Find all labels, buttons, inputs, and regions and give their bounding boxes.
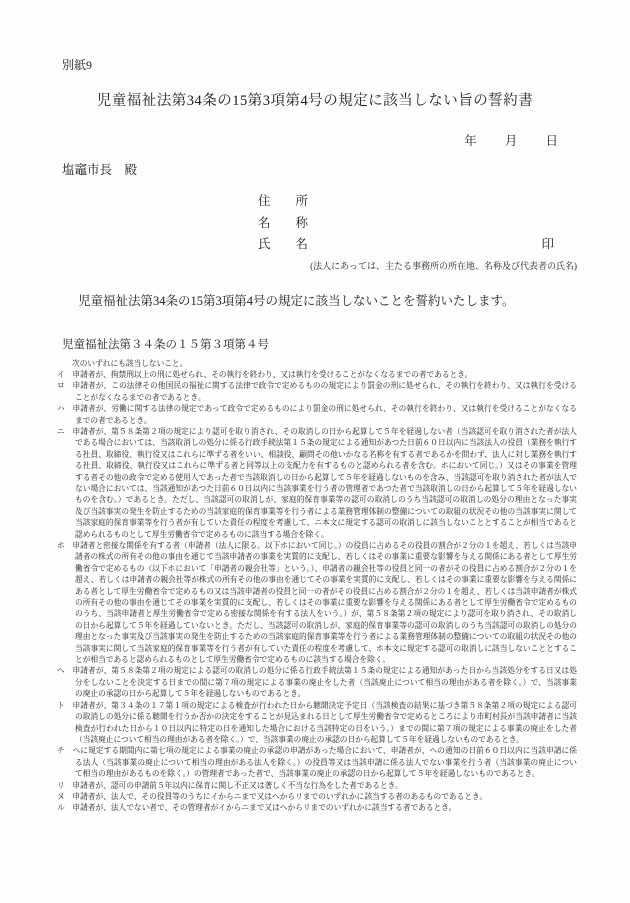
corporate-entry-note: (法人にあっては、主たる事務所の所在地、名称及び代表者の氏名)	[0, 261, 577, 272]
entity-name-field-row: 名 称	[258, 213, 554, 235]
page-title: 児童福祉法第34条の15第3項第4号の規定に該当しない旨の誓約書	[0, 92, 630, 110]
law-item-ru: ル 申請者が、法人でない者で、その管理者がイからニまで又はヘからリまでのいずれか…	[57, 802, 577, 813]
law-item-ha: ハ 申請者が、労働に関する法律の規定であって政令で定めるものにより罰金の刑に処せ…	[57, 403, 577, 426]
entity-name-field-label: 名 称	[258, 213, 308, 235]
law-item-i: イ 申請者が、拘禁刑以上の刑に処せられ、その執行を終わり、又は執行を受けることが…	[57, 369, 577, 380]
law-section-heading: 児童福祉法第３４条の１５第３項第４号	[62, 338, 630, 352]
attachment-label: 別紙9	[62, 58, 630, 72]
day-label: 日	[545, 134, 558, 149]
law-item-list: イ 申請者が、拘禁刑以上の刑に処せられ、その執行を終わり、又は執行を受けることが…	[57, 369, 577, 814]
law-item-he: ヘ 申請者が、第５８条第２項の規定による認可の取消しの処分に係る行政手続法第１５…	[57, 665, 577, 699]
applicant-fields: 住 所 名 称 氏 名 印	[258, 191, 554, 256]
law-item-ro: ロ 申請者が、この法律その他国民の福祉に関する法律で政令で定めるものの規定により…	[57, 380, 577, 403]
document-page: 別紙9 児童福祉法第34条の15第3項第4号の規定に該当しない旨の誓約書 年 月…	[0, 0, 630, 903]
law-item-nu: ヌ 申請者が、法人で、その役員等のうちにイからニまで又はヘからリまでのいずれかに…	[57, 791, 577, 802]
person-name-field-row: 氏 名 印	[258, 234, 554, 256]
seal-mark: 印	[541, 234, 554, 256]
address-field-row: 住 所	[258, 191, 554, 213]
law-item-ho: ホ 申請者と密接な関係を有する者（申請者（法人に限る。以下ホにおいて同じ。）の役…	[57, 540, 577, 665]
addressee: 塩竈市長 殿	[62, 163, 630, 178]
person-name-field-label: 氏 名	[258, 234, 308, 256]
law-lead-sentence: 次のいずれにも該当しないこと。	[72, 358, 577, 369]
law-item-to: ト 申請者が、第３４条の１７第１項の規定による検査が行われた日から聴聞決定予定日…	[57, 700, 577, 746]
law-item-ni: ニ 申請者が、第５８条第２項の規定により認可を取り消され、その取消しの日から起算…	[57, 426, 577, 540]
year-label: 年	[464, 134, 477, 149]
law-item-ri: リ 申請者が、認可の申請前５年以内に保育に関し不正又は著しく不当な行為をした者で…	[57, 780, 577, 791]
date-line: 年 月 日	[0, 134, 558, 149]
pledge-statement: 児童福祉法第34条の15第3項第4号の規定に該当しないことを誓約いたします。	[78, 293, 630, 309]
law-item-chi: チ ヘに規定する期間内に第七項の規定による事業の廃止の承認の申請があった場合にお…	[57, 745, 577, 779]
address-field-label: 住 所	[258, 191, 308, 213]
month-label: 月	[505, 134, 518, 149]
